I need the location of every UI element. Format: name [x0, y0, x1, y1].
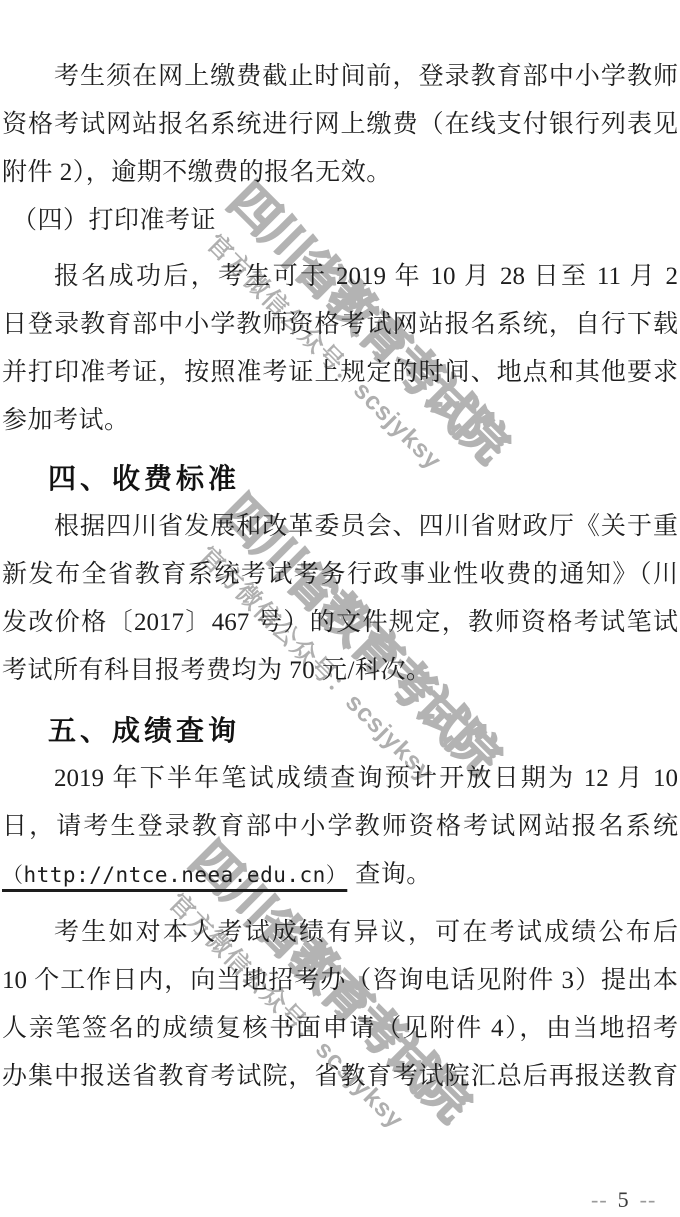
section-heading-score-inquiry: 五、成绩查询: [2, 707, 678, 755]
text-line: 报名成功后，考生可于 2019 年 10 月 28 日至 11 月 2: [2, 253, 678, 301]
exam-website-url: （http://ntce.neea.edu.cn）: [2, 863, 355, 887]
page-number-value: 5: [608, 1187, 640, 1212]
text-line: 10 个工作日内，向当地招考办（咨询电话见附件 3）提出本: [2, 957, 678, 1005]
text-line: （http://ntce.neea.edu.cn）查询。: [2, 851, 678, 899]
text-line: 资格考试网站报名系统进行网上缴费（在线支付银行列表见: [2, 101, 678, 149]
url-line-tail: 查询。: [355, 861, 432, 888]
text-line: 考试所有科目报考费均为 70 元/科次。: [2, 647, 678, 695]
document-body: 考生须在网上缴费截止时间前，登录教育部中小学教师 资格考试网站报名系统进行网上缴…: [0, 0, 680, 1101]
document-page: 四川省教育考试院 官方微信公众号：scsjyksy 四川省教育考试院 官方微信公…: [0, 0, 680, 1217]
text-line: 日，请考生登录教育部中小学教师资格考试网站报名系统: [2, 803, 678, 851]
text-line: 考生须在网上缴费截止时间前，登录教育部中小学教师: [2, 53, 678, 101]
text-line: 参加考试。: [2, 397, 678, 445]
text-line: 附件 2），逾期不缴费的报名无效。: [2, 149, 678, 197]
text-line: 新发布全省教育系统考试考务行政事业性收费的通知》（川: [2, 551, 678, 599]
text-line: 2019 年下半年笔试成绩查询预计开放日期为 12 月 10: [2, 755, 678, 803]
text-line: 日登录教育部中小学教师资格考试网站报名系统，自行下载: [2, 301, 678, 349]
page-number: --5--: [591, 1188, 656, 1212]
text-line: 考生如对本人考试成绩有异议，可在考试成绩公布后: [2, 909, 678, 957]
subsection-heading-print-admission-ticket: （四）打印准考证: [2, 197, 678, 245]
text-line: 办集中报送省教育考试院，省教育考试院汇总后再报送教育: [2, 1053, 678, 1101]
page-number-dash: --: [640, 1187, 657, 1212]
text-line: 根据四川省发展和改革委员会、四川省财政厅《关于重: [2, 503, 678, 551]
text-line: 发改价格〔2017〕467 号）的文件规定，教师资格考试笔试: [2, 599, 678, 647]
text-line: 并打印准考证，按照准考证上规定的时间、地点和其他要求: [2, 349, 678, 397]
page-number-dash: --: [591, 1187, 608, 1212]
text-line: 人亲笔签名的成绩复核书面申请（见附件 4），由当地招考: [2, 1005, 678, 1053]
section-heading-fee-standard: 四、收费标准: [2, 455, 678, 503]
